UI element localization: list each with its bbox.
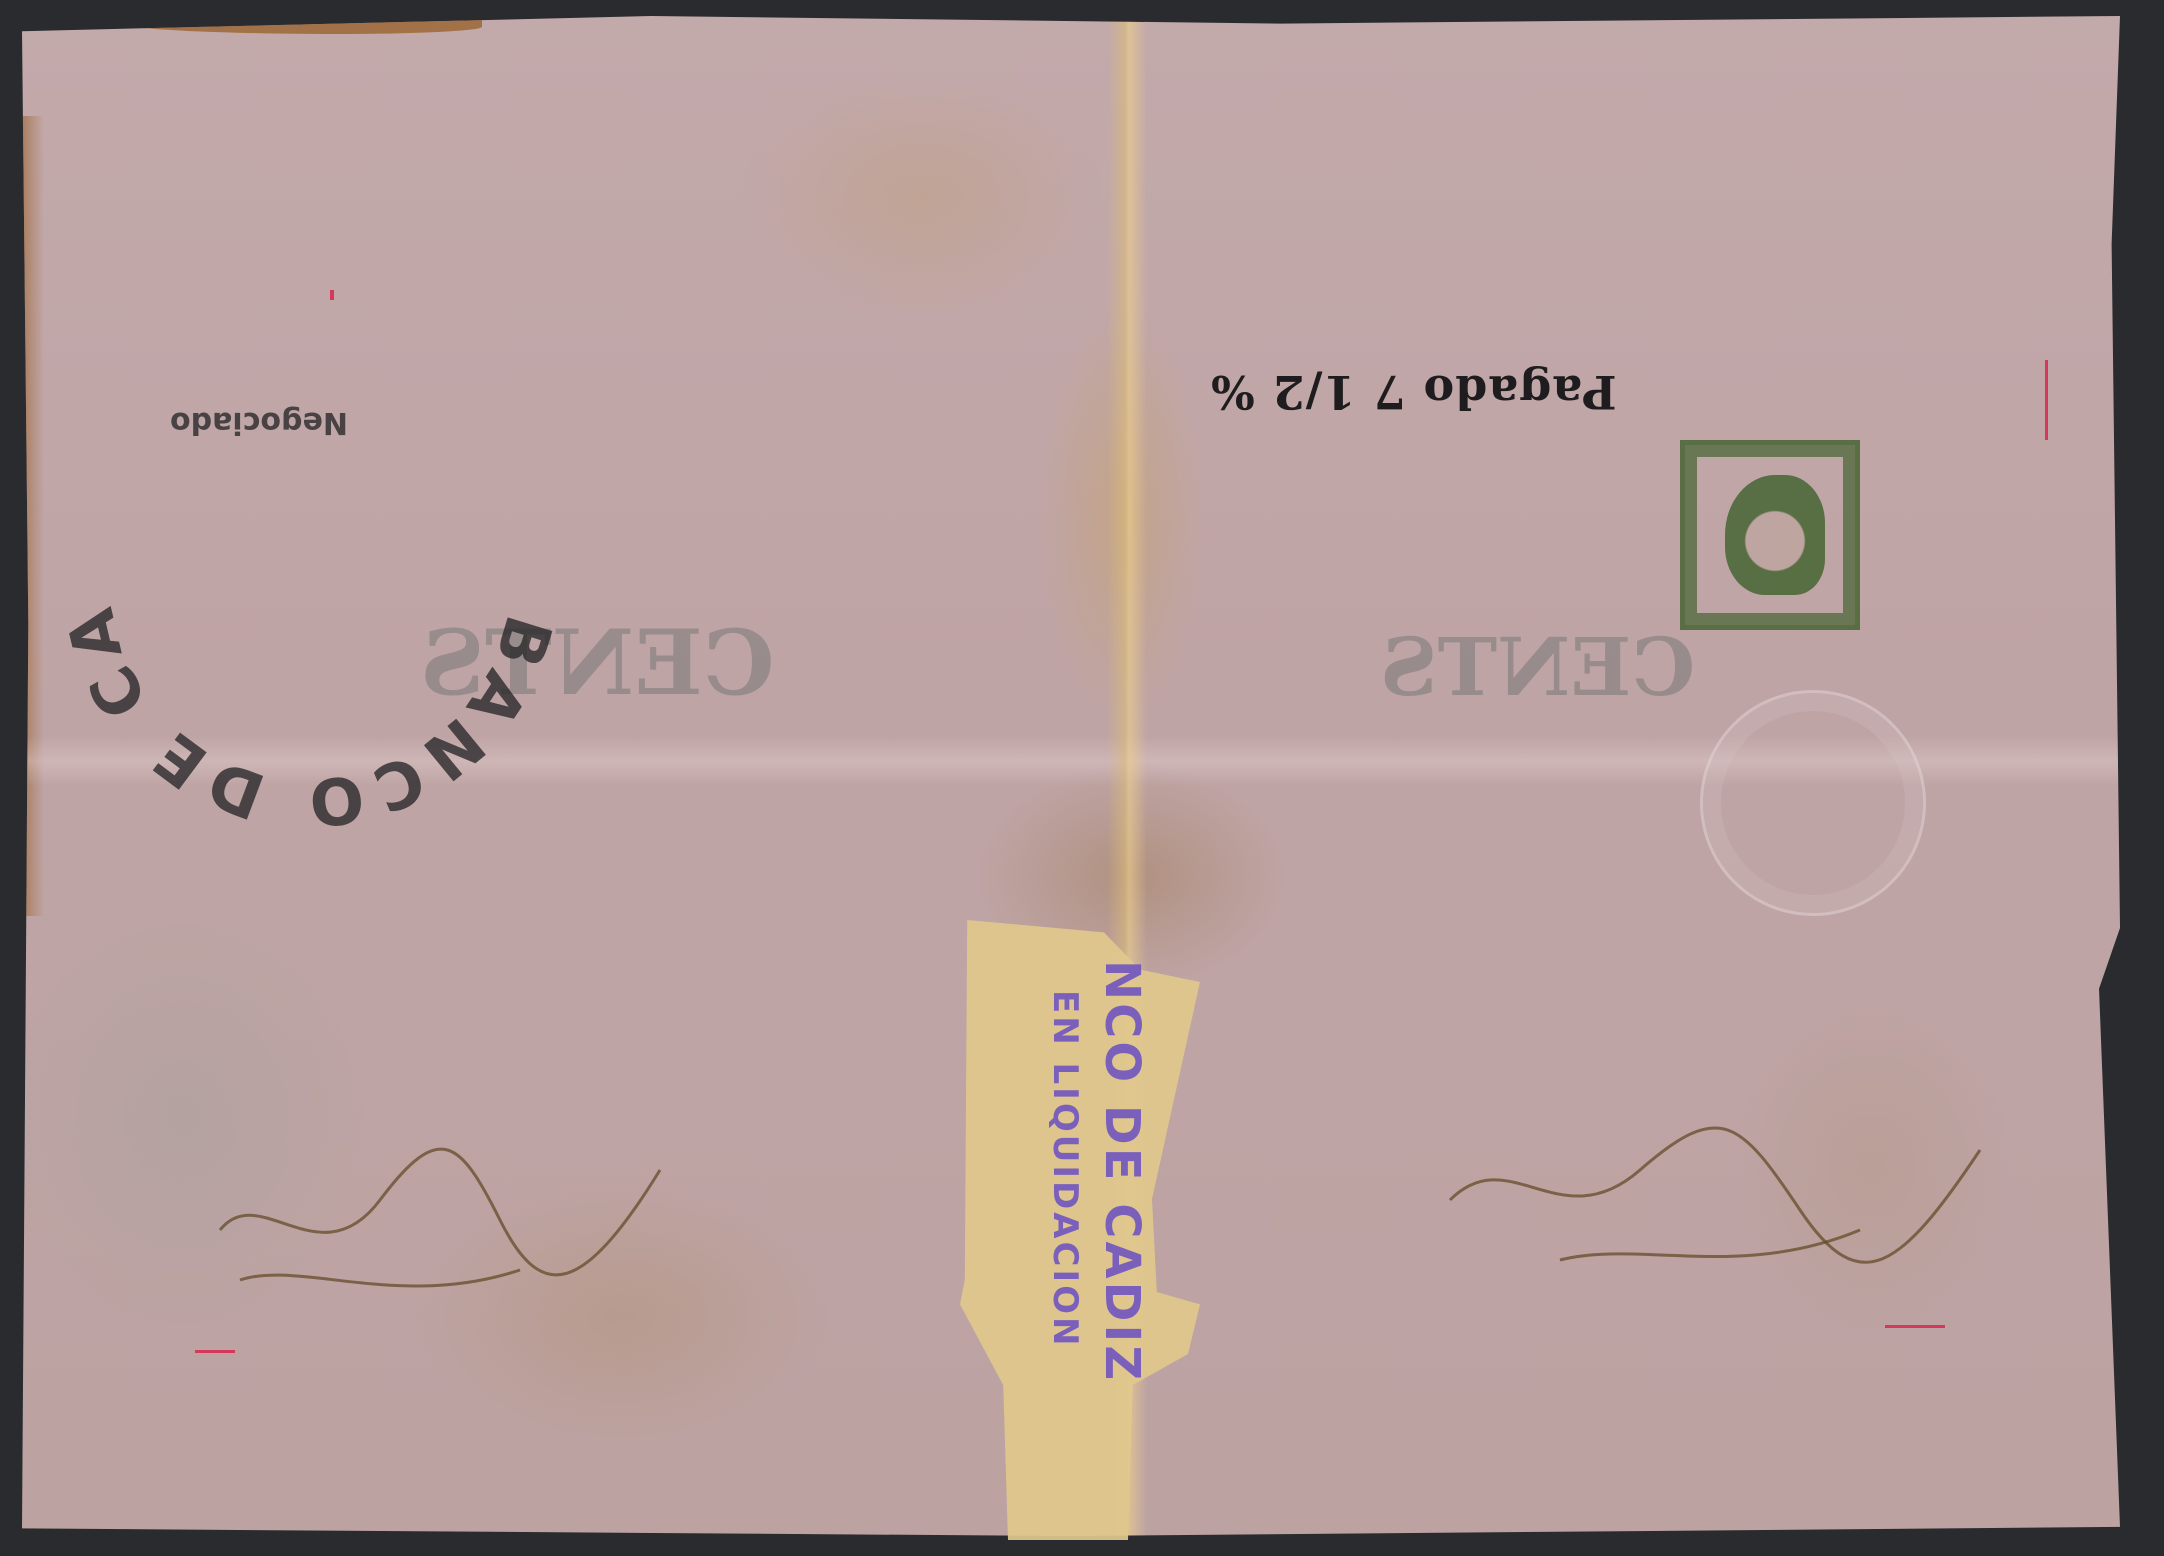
liquidation-stamp-line2: EN LIQUIDACION: [1045, 990, 1085, 1349]
stamp-inner-text: Negociado: [170, 405, 348, 440]
bleed-through-text: CENTS: [1380, 620, 1695, 714]
svg-text:BANCO DE CADIZ: BANCO DE CADIZ: [52, 594, 590, 860]
embossed-seal: [1700, 690, 1926, 916]
signature-right: [1440, 1080, 2000, 1300]
green-portrait-stamp: [1680, 440, 1860, 630]
red-mark: [1885, 1325, 1945, 1328]
edge-stain: [122, 16, 482, 34]
bank-circular-stamp: BANCO DE CADIZ: [30, 300, 590, 860]
red-mark: [2045, 360, 2048, 440]
portrait-icon: [1725, 475, 1825, 595]
red-mark: [330, 290, 334, 300]
signature-left: [200, 1080, 700, 1320]
red-mark: [195, 1350, 235, 1353]
liquidation-stamp-line1: NCO DE CADIZ: [1094, 960, 1150, 1383]
paid-overprint: Pagado 7 1/2 %: [1210, 365, 1617, 419]
stamp-arc-text: BANCO DE CADIZ: [52, 594, 590, 860]
